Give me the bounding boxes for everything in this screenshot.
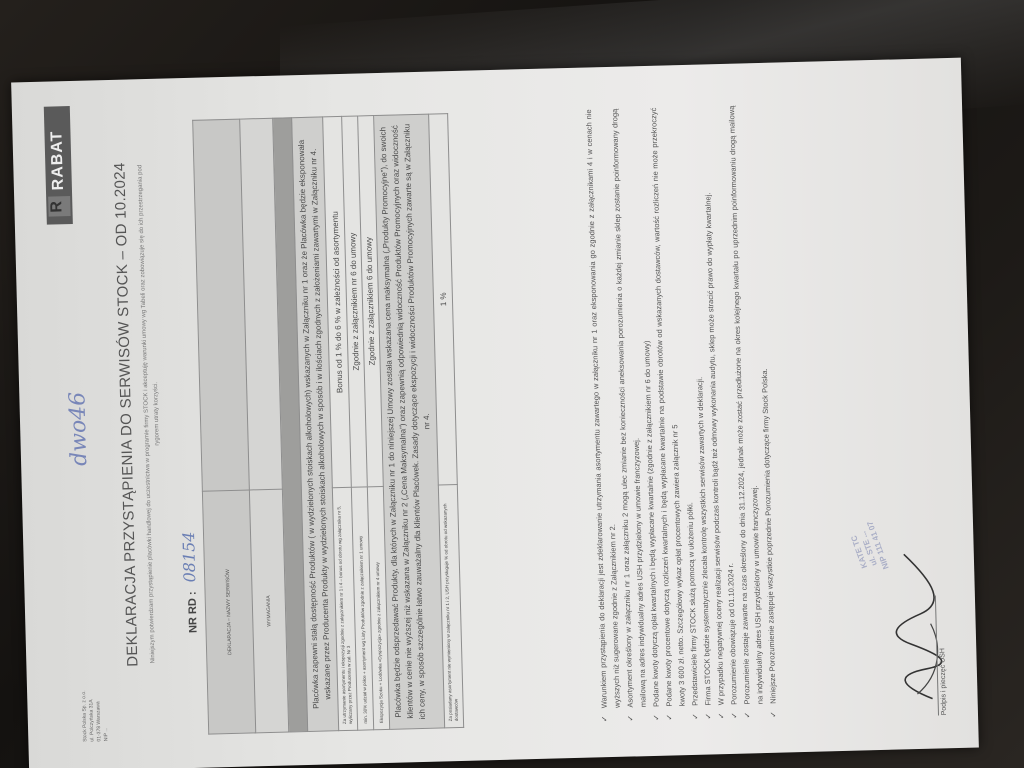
checkmark-icon: ✓ — [702, 713, 715, 720]
checkmark-icon: ✓ — [598, 715, 611, 722]
checkmark-icon: ✓ — [689, 713, 702, 720]
paper-sheet: Stock Polska Sp. z o.o. ul. Polczyńska 3… — [11, 58, 979, 768]
rabat-logo: R RABAT — [44, 106, 73, 225]
checkmark-icon: ✓ — [728, 712, 741, 719]
signature-label: Podpis i pieczęć USH — [935, 595, 948, 715]
terms-table: DEKLARACJA – NAZWY SERWISÓW WYMAGANIA Pl… — [192, 113, 464, 734]
checkmark-icon: ✓ — [624, 715, 637, 722]
nr-rd-field: NR RD : 08154 — [179, 531, 201, 633]
company-header: Stock Polska Sp. z o.o. ul. Polczyńska 3… — [79, 621, 110, 742]
header-left: DEKLARACJA – NAZWY SERWISÓW — [202, 490, 255, 734]
checkmark-icon: ✓ — [715, 712, 728, 719]
checkmark-icon: ✓ — [767, 711, 780, 718]
checkmark-icon: ✓ — [650, 714, 663, 721]
document-page: Stock Polska Sp. z o.o. ul. Polczyńska 3… — [21, 63, 968, 767]
nr-value: 08154 — [179, 531, 199, 582]
checkmark-icon: ✓ — [741, 712, 754, 719]
checkmark-icon: ✓ — [663, 714, 676, 721]
conditions-list: ✓Warunkiem przystąpienia do deklaracji j… — [582, 105, 780, 725]
logo-text: RABAT — [48, 130, 68, 190]
handwritten-note: dwo46 — [65, 391, 92, 466]
logo-r-icon: R — [48, 196, 71, 217]
nr-label: NR RD : — [187, 591, 200, 633]
intro-text: Niniejszym potwierdzam przystąpienie pla… — [135, 154, 169, 674]
